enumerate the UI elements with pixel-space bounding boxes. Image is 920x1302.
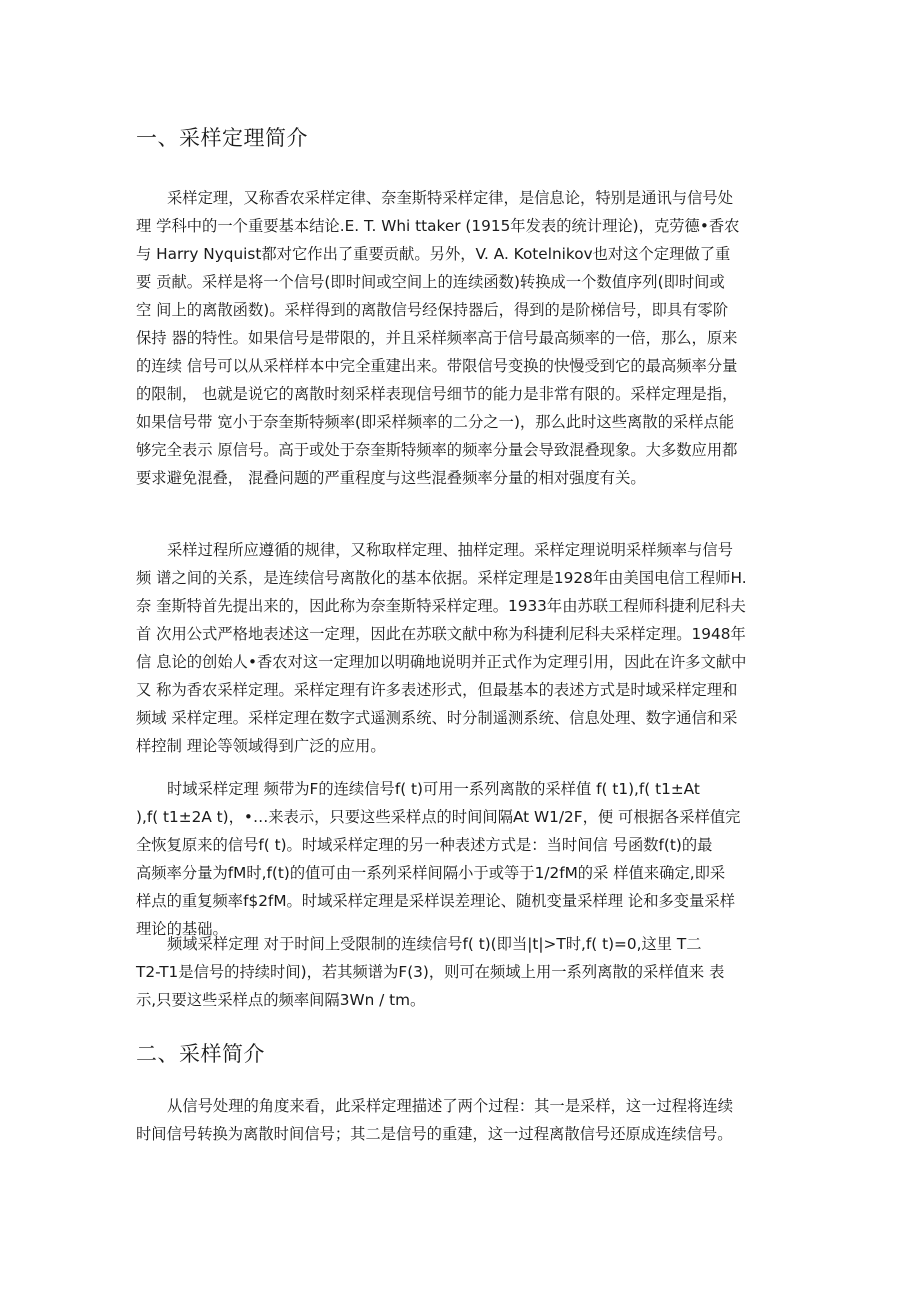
section-heading-1: 一、采样定理简介 — [136, 124, 308, 152]
paragraph-line: 频域 采样定理。采样定理在数字式遥测系统、时分制遥测系统、信息处理、数字通信和采 — [136, 704, 786, 732]
paragraph-line: 要求避免混叠， 混叠问题的严重程度与这些混叠频率分量的相对强度有关。 — [136, 464, 786, 492]
paragraph-line: 时域采样定理 频带为F的连续信号f( t)可用一系列离散的采样值 f( t1),… — [136, 775, 786, 803]
paragraph-line: 样点的重复频率f$2fM。时域采样定理是采样误差理论、随机变量采样理 论和多变量… — [136, 887, 786, 915]
paragraph-line: 从信号处理的角度来看，此采样定理描述了两个过程：其一是采样，这一过程将连续 — [136, 1092, 786, 1120]
paragraph-line: 时间信号转换为离散时间信号；其二是信号的重建，这一过程离散信号还原成连续信号。 — [136, 1120, 786, 1148]
paragraph-line: 全恢复原来的信号f( t)。时域采样定理的另一种表述方式是：当时间信 号函数f(… — [136, 831, 786, 859]
paragraph-line: 理 学科中的一个重要基本结论.E. T. Whi ttaker (1915年发表… — [136, 212, 786, 240]
paragraph-line: T2-T1是信号的持续时间)，若其频谱为F(3)，则可在频域上用一系列离散的采样… — [136, 958, 786, 986]
paragraph-line: 首 次用公式严格地表述这一定理，因此在苏联文献中称为科捷利尼科夫采样定理。194… — [136, 620, 786, 648]
paragraph-line: 够完全表示 原信号。高于或处于奈奎斯特频率的频率分量会导致混叠现象。大多数应用都 — [136, 436, 786, 464]
paragraph-line: 采样定理，又称香农采样定律、奈奎斯特采样定律，是信息论，特别是通讯与信号处 — [136, 184, 786, 212]
paragraph-line: 奈 奎斯特首先提出来的，因此称为奈奎斯特采样定理。1933年由苏联工程师科捷利尼… — [136, 592, 786, 620]
paragraph-line: 与 Harry Nyquist都对它作出了重要贡献。另外，V. A. Kotel… — [136, 240, 786, 268]
section-heading-2: 二、采样简介 — [136, 1040, 265, 1068]
paragraph-sampling-theorem-intro: 采样定理，又称香农采样定律、奈奎斯特采样定律，是信息论，特别是通讯与信号处 理 … — [136, 184, 786, 492]
paragraph-sampling-process: 采样过程所应遵循的规律，又称取样定理、抽样定理。采样定理说明采样频率与信号 频 … — [136, 536, 786, 760]
paragraph-line: 频域采样定理 对于时间上受限制的连续信号f( t)(即当|t|>T时,f( t)… — [136, 930, 786, 958]
paragraph-line: 采样过程所应遵循的规律，又称取样定理、抽样定理。采样定理说明采样频率与信号 — [136, 536, 786, 564]
paragraph-line: 频 谱之间的关系，是连续信号离散化的基本依据。采样定理是1928年由美国电信工程… — [136, 564, 786, 592]
paragraph-line: 保持 器的特性。如果信号是带限的，并且采样频率高于信号最高频率的一倍，那么，原来 — [136, 324, 786, 352]
paragraph-line: 示,只要这些采样点的频率间隔3Wn / tm。 — [136, 986, 786, 1014]
paragraph-line: 的连续 信号可以从采样样本中完全重建出来。带限信号变换的快慢受到它的最高频率分量 — [136, 352, 786, 380]
paragraph-line: 信 息论的创始人•香农对这一定理加以明确地说明并正式作为定理引用，因此在许多文献… — [136, 648, 786, 676]
paragraph-line: 样控制 理论等领域得到广泛的应用。 — [136, 732, 786, 760]
paragraph-line: 高频率分量为fM时,f(t)的值可由一系列采样间隔小于或等于1/2fM的采 样值… — [136, 859, 786, 887]
paragraph-frequency-domain-theorem: 频域采样定理 对于时间上受限制的连续信号f( t)(即当|t|>T时,f( t)… — [136, 930, 786, 1014]
paragraph-line: 的限制， 也就是说它的离散时刻采样表现信号细节的能力是非常有限的。采样定理是指， — [136, 380, 786, 408]
paragraph-sampling-intro: 从信号处理的角度来看，此采样定理描述了两个过程：其一是采样，这一过程将连续 时间… — [136, 1092, 786, 1148]
paragraph-line: ),f( t1±2A t)，•…来表示，只要这些采样点的时间间隔At W1/2F… — [136, 803, 786, 831]
paragraph-line: 又 称为香农采样定理。采样定理有许多表述形式，但最基本的表述方式是时域采样定理和 — [136, 676, 786, 704]
paragraph-line: 要 贡献。采样是将一个信号(即时间或空间上的连续函数)转换成一个数值序列(即时间… — [136, 268, 786, 296]
paragraph-line: 空 间上的离散函数)。采样得到的离散信号经保持器后，得到的是阶梯信号，即具有零阶 — [136, 296, 786, 324]
paragraph-time-domain-theorem: 时域采样定理 频带为F的连续信号f( t)可用一系列离散的采样值 f( t1),… — [136, 775, 786, 943]
paragraph-line: 如果信号带 宽小于奈奎斯特频率(即采样频率的二分之一)，那么此时这些离散的采样点… — [136, 408, 786, 436]
